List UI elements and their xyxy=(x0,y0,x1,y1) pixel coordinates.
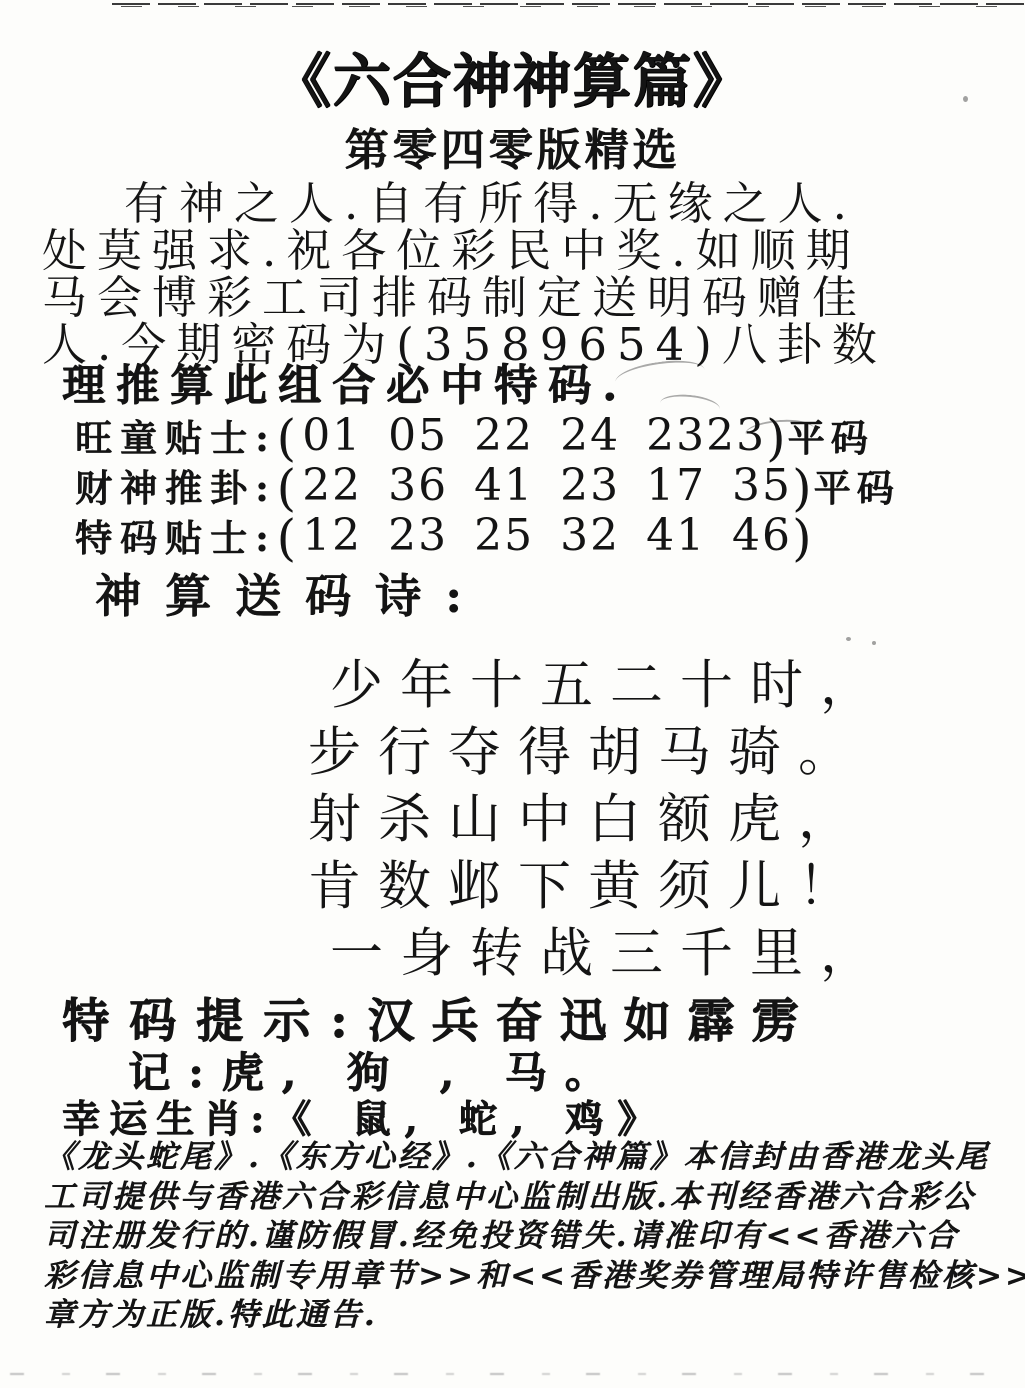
poem-heading: 神算送码诗: xyxy=(95,560,486,626)
poem-line: 步行夺得胡马骑。 xyxy=(308,719,890,786)
open-paren: ( xyxy=(277,509,297,567)
intro-emphasis-line: 理推算此组合必中特码. xyxy=(62,352,628,413)
poem-line: 射杀山中白额虎， xyxy=(308,786,890,853)
disclaimer-line: 彩信息中心监制专用章节>>和<<香港奖券管理局特许售检核>>的 xyxy=(44,1257,999,1297)
disclaimer-line: 章方为正版.特此通告. xyxy=(44,1296,999,1336)
page-title: 《六合神神算篇》 xyxy=(0,34,1025,118)
poem-line: 少年十五二十时， xyxy=(308,652,890,719)
tip-numbers: 22 36 41 23 17 35 xyxy=(302,460,792,511)
intro-line: 处莫强求.祝各位彩民中奖.如顺期 xyxy=(42,227,1004,274)
scanned-lottery-flyer: 《六合神神算篇》 第零四零版精选 有神之人.自有所得.无缘之人. 处莫强求.祝各… xyxy=(0,0,1025,1388)
close-paren: ) xyxy=(792,509,812,567)
poem-line: 一身转战三千里， xyxy=(308,920,890,987)
tip-label: 旺童贴士: xyxy=(75,408,277,462)
poem-line: 肯数邺下黄须儿！ xyxy=(308,853,890,920)
disclaimer-paragraph: 《龙头蛇尾》.《东方心经》.《六合神篇》本信封由香港龙头尾 工司提供与香港六合彩… xyxy=(44,1138,999,1336)
lucky-zodiac-label: 幸运生肖: xyxy=(62,1096,273,1141)
number-tips-list: 旺童贴士: ( 01 05 22 24 2323 ) 平码 财神推卦: ( 22… xyxy=(75,410,900,560)
disclaimer-line: 司注册发行的.谨防假冒.经免投资错失.请准印有<<香港六合 xyxy=(44,1217,999,1257)
tip-suffix: 平码 xyxy=(814,458,900,512)
tip-label: 特码贴士: xyxy=(75,508,277,562)
tip-row: 财神推卦: ( 22 36 41 23 17 35 ) 平码 xyxy=(75,460,900,510)
lucky-zodiac: 幸运生肖:《 鼠, 蛇, 鸡》 xyxy=(62,1088,669,1143)
intro-line: 有神之人.自有所得.无缘之人. xyxy=(42,180,1004,227)
tip-suffix: 平码 xyxy=(788,408,874,462)
intro-line: 马会博彩工司排码制定送明码赠佳 xyxy=(42,274,1004,321)
disclaimer-line: 工司提供与香港六合彩信息中心监制出版.本刊经香港六合彩公 xyxy=(44,1178,999,1218)
page-subtitle: 第零四零版精选 xyxy=(0,114,1025,178)
tip-numbers: 01 05 22 24 2323 xyxy=(302,410,766,461)
tip-row: 特码贴士: ( 12 23 25 32 41 46 ) xyxy=(75,510,900,560)
poem-block: 少年十五二十时， 步行夺得胡马骑。 射杀山中白额虎， 肯数邺下黄须儿！ 一身转战… xyxy=(308,652,890,987)
disclaimer-line: 《龙头蛇尾》.《东方心经》.《六合神篇》本信封由香港龙头尾 xyxy=(44,1138,999,1178)
scan-bottom-noise-strip xyxy=(10,1371,1015,1377)
scan-speckle xyxy=(846,637,851,641)
scan-speckle xyxy=(872,641,876,645)
scan-top-line-artifact xyxy=(112,3,1025,8)
close-paren: ) xyxy=(766,409,786,467)
tip-label: 财神推卦: xyxy=(75,458,277,512)
lucky-zodiac-text: 《 鼠, 蛇, 鸡》 xyxy=(273,1096,669,1141)
intro-paragraph: 有神之人.自有所得.无缘之人. 处莫强求.祝各位彩民中奖.如顺期 马会博彩工司排… xyxy=(42,180,1004,368)
tip-row: 旺童贴士: ( 01 05 22 24 2323 ) 平码 xyxy=(75,410,900,460)
tip-numbers: 12 23 25 32 41 46 xyxy=(302,510,792,561)
